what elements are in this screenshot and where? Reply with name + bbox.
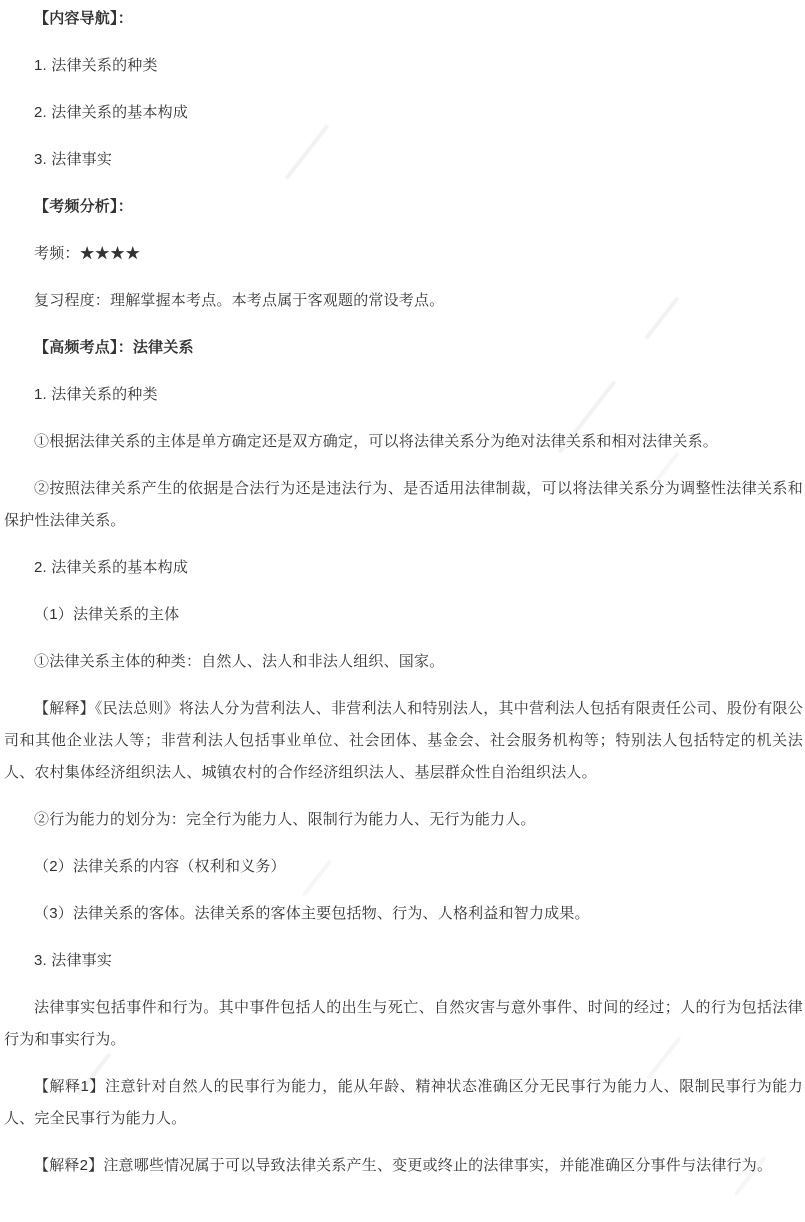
article-body: 【内容导航】：1. 法律关系的种类2. 法律关系的基本构成3. 法律事实【考频分… [0,0,805,1203]
paragraph: 考频：★★★★ [4,238,803,270]
article-page: { "page": { "background": "#ffffff", "te… [0,0,805,1222]
paragraph: 2. 法律关系的基本构成 [4,97,803,129]
paragraph: 复习程度：理解掌握本考点。本考点属于客观题的常设考点。 [4,285,803,317]
paragraph: ②行为能力的划分为：完全行为能力人、限制行为能力人、无行为能力人。 [4,804,803,836]
paragraph: 1. 法律关系的种类 [4,379,803,411]
paragraph: 【解释1】注意针对自然人的民事行为能力，能从年龄、精神状态准确区分无民事行为能力… [4,1071,803,1135]
paragraph: （1）法律关系的主体 [4,599,803,631]
paragraph: 3. 法律事实 [4,144,803,176]
paragraph: 2. 法律关系的基本构成 [4,552,803,584]
paragraph: ②按照法律关系产生的依据是合法行为还是违法行为、是否适用法律制裁，可以将法律关系… [4,473,803,537]
paragraph: 【解释2】注意哪些情况属于可以导致法律关系产生、变更或终止的法律事实，并能准确区… [4,1150,803,1182]
section-heading: 【内容导航】： [4,3,803,35]
paragraph: 【解释】《民法总则》将法人分为营利法人、非营利法人和特别法人，其中营利法人包括有… [4,693,803,789]
paragraph: （3）法律关系的客体。法律关系的客体主要包括物、行为、人格利益和智力成果。 [4,898,803,930]
paragraph: ①法律关系主体的种类：自然人、法人和非法人组织、国家。 [4,646,803,678]
paragraph: （2）法律关系的内容（权利和义务） [4,851,803,883]
section-heading: 【考频分析】： [4,191,803,223]
section-heading: 【高频考点】：法律关系 [4,332,803,364]
paragraph: 1. 法律关系的种类 [4,50,803,82]
paragraph: 3. 法律事实 [4,945,803,977]
paragraph: 法律事实包括事件和行为。其中事件包括人的出生与死亡、自然灾害与意外事件、时间的经… [4,992,803,1056]
paragraph: ①根据法律关系的主体是单方确定还是双方确定，可以将法律关系分为绝对法律关系和相对… [4,426,803,458]
